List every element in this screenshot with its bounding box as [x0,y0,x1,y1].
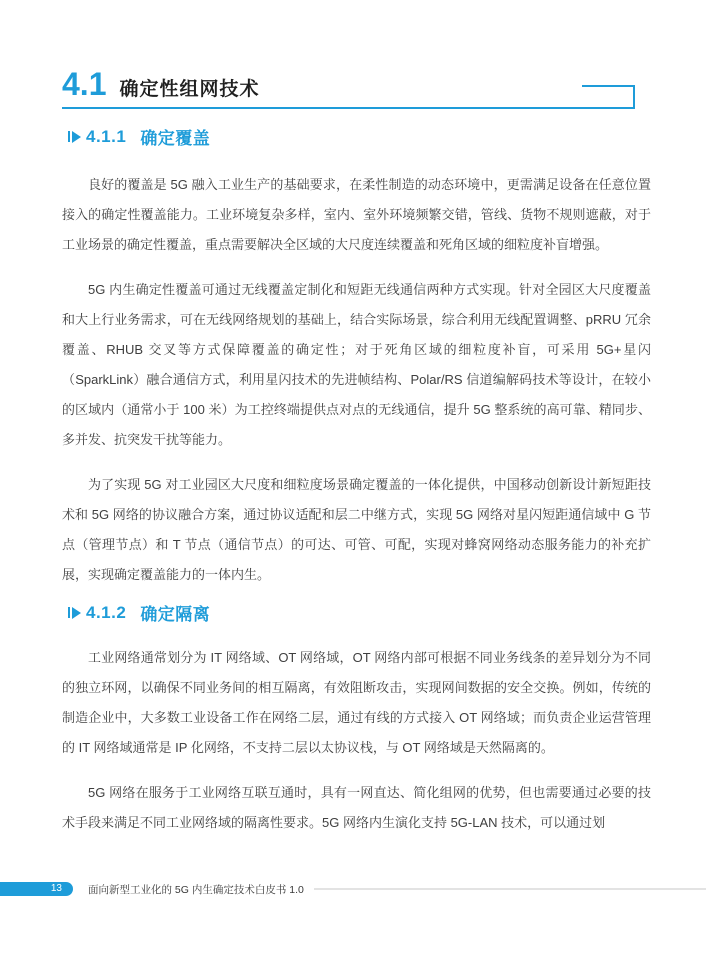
footer-title: 面向新型工业化的 5G 内生确定技术白皮书 1.0 [88,882,304,897]
document-page: 4.1 确定性组网技术 4.1.1 确定覆盖 良好的覆盖是 5G 融入工业生产的… [0,0,710,956]
paragraph: 工业网络通常划分为 IT 网络域、OT 网络域，OT 网络内部可根据不同业务线条… [62,643,651,763]
paragraph: 5G 网络在服务于工业网络互联互通时，具有一网直达、简化组网的优势，但也需要通过… [62,778,651,838]
paragraph: 良好的覆盖是 5G 融入工业生产的基础要求，在柔性制造的动态环境中，更需满足设备… [62,170,651,260]
subsection-number: 4.1.2 [86,603,126,623]
subsection-number: 4.1.1 [86,127,126,147]
footer-divider [314,888,706,890]
subsection-heading-411: 4.1.1 确定覆盖 [68,124,210,149]
header-tab-accent [582,85,635,109]
page-number: 13 [51,882,62,896]
paragraph: 5G 内生确定性覆盖可通过无线覆盖定制化和短距无线通信两种方式实现。针对全园区大… [62,275,651,455]
subsection-412-body: 工业网络通常划分为 IT 网络域、OT 网络域，OT 网络内部可根据不同业务线条… [62,643,651,853]
section-underline [62,85,635,109]
subsection-411-body: 良好的覆盖是 5G 融入工业生产的基础要求，在柔性制造的动态环境中，更需满足设备… [62,170,651,605]
subsection-title: 确定覆盖 [140,124,210,149]
page-footer: 13 面向新型工业化的 5G 内生确定技术白皮书 1.0 [0,882,706,896]
play-marker-icon [68,607,81,619]
page-number-badge: 13 [0,882,73,896]
subsection-title: 确定隔离 [140,600,210,625]
subsection-heading-412: 4.1.2 确定隔离 [68,600,210,625]
play-marker-icon [68,131,81,143]
paragraph: 为了实现 5G 对工业园区大尺度和细粒度场景确定覆盖的一体化提供，中国移动创新设… [62,470,651,590]
